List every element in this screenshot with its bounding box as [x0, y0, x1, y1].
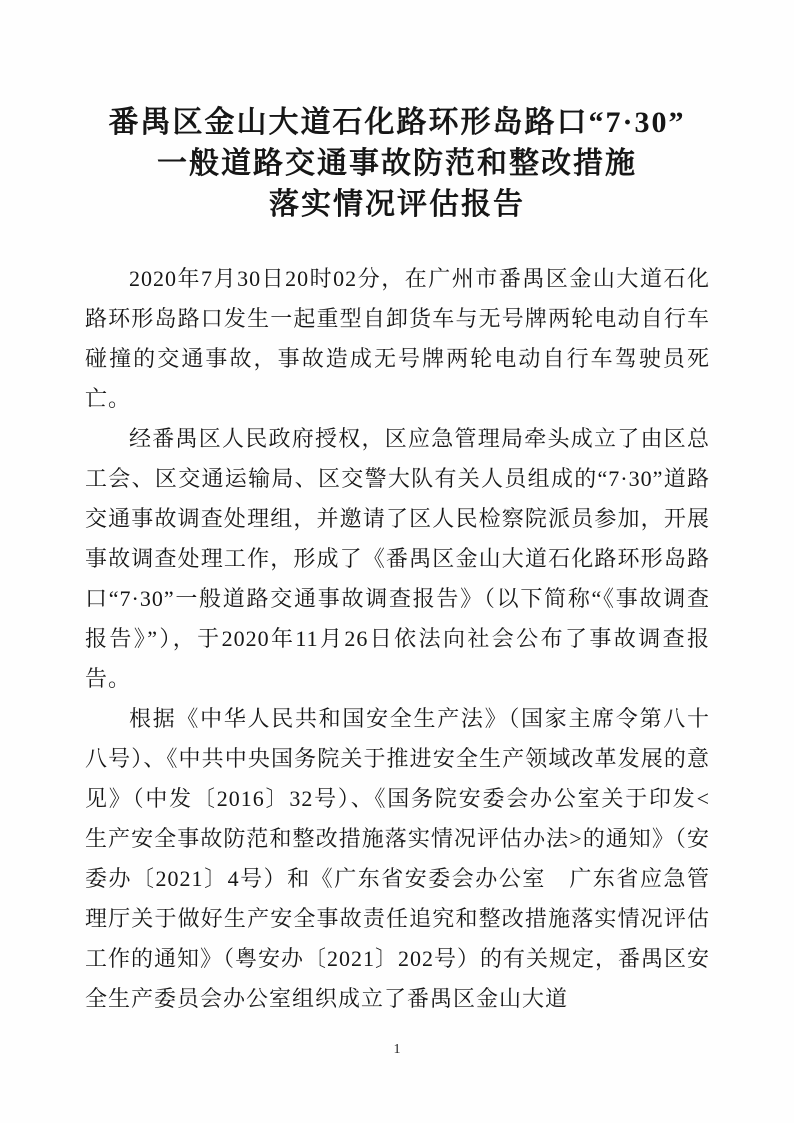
title-line-3: 落实情况评估报告: [50, 184, 744, 225]
document-body: 2020年7月30日20时02分，在广州市番禺区金山大道石化路环形岛路口发生一起…: [85, 259, 710, 1019]
page-number: 1: [394, 1042, 401, 1057]
body-paragraph-accident-summary: 2020年7月30日20时02分，在广州市番禺区金山大道石化路环形岛路口发生一起…: [85, 259, 710, 419]
document-page: 番禺区金山大道石化路环形岛路口“7·30” 一般道路交通事故防范和整改措施 落实…: [0, 0, 794, 1123]
body-paragraph-investigation-group: 经番禺区人民政府授权，区应急管理局牵头成立了由区总工会、区交通运输局、区交警大队…: [85, 419, 710, 699]
page-footer: 1: [0, 1040, 794, 1060]
title-line-2: 一般道路交通事故防范和整改措施: [50, 143, 744, 184]
document-title: 番禺区金山大道石化路环形岛路口“7·30” 一般道路交通事故防范和整改措施 落实…: [50, 102, 744, 225]
title-line-1: 番禺区金山大道石化路环形岛路口“7·30”: [50, 102, 744, 143]
body-paragraph-legal-basis: 根据《中华人民共和国安全生产法》（国家主席令第八十八号）、《中共中央国务院关于推…: [85, 699, 710, 1019]
